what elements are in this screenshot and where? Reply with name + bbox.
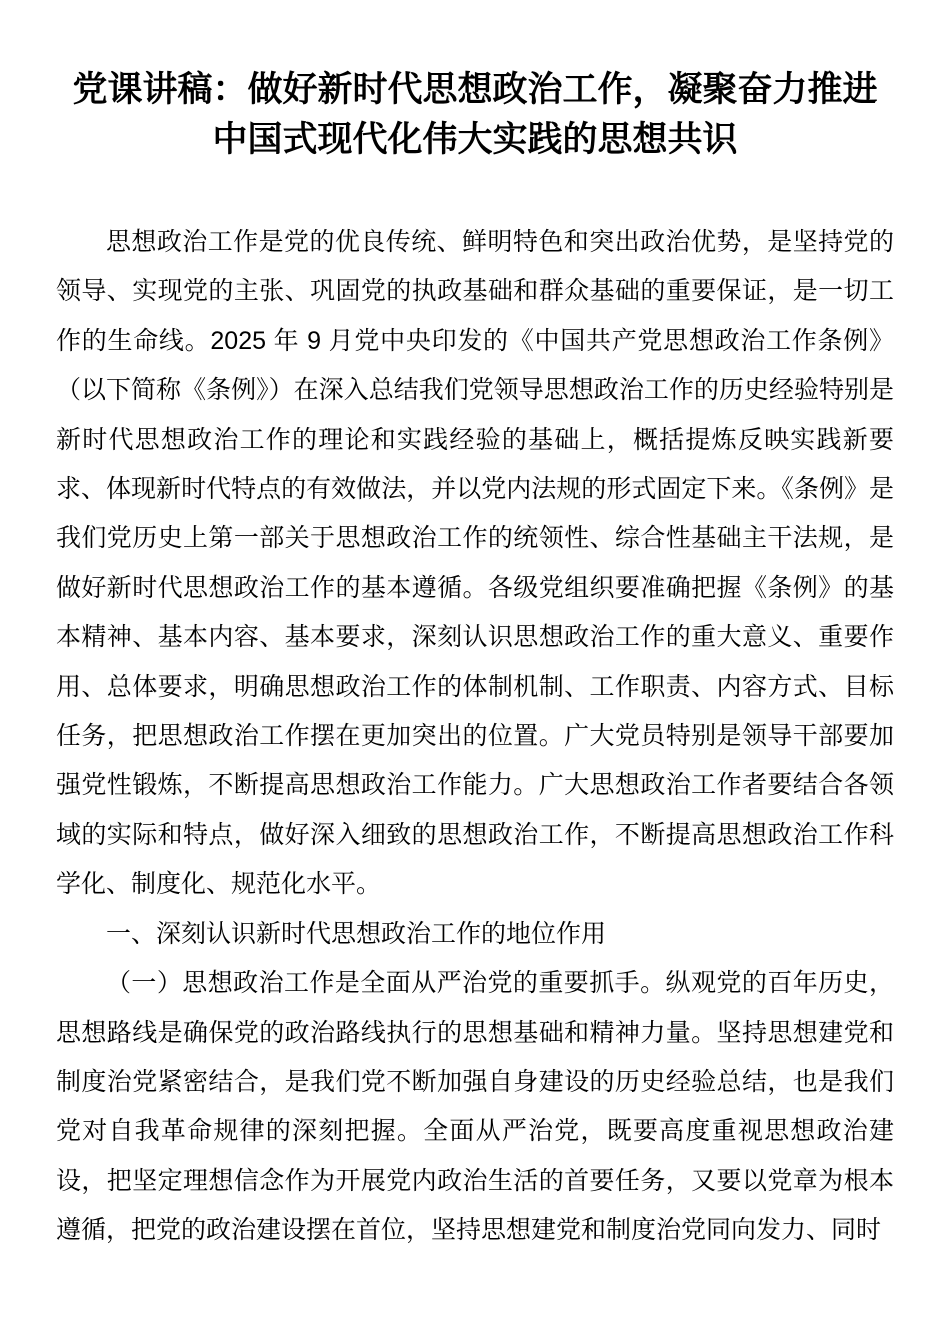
body-paragraph: （一）思想政治工作是全面从严治党的重要抓手。纵观党的百年历史，思想路线是确保党的…	[56, 959, 894, 1255]
section-heading: 一、深刻认识新时代思想政治工作的地位作用	[56, 910, 894, 959]
document-page: 党课讲稿：做好新时代思想政治工作，凝聚奋力推进中国式现代化伟大实践的思想共识 思…	[0, 0, 950, 1344]
body-paragraph: 思想政治工作是党的优良传统、鲜明特色和突出政治优势，是坚持党的领导、实现党的主张…	[56, 218, 894, 910]
document-title: 党课讲稿：做好新时代思想政治工作，凝聚奋力推进中国式现代化伟大实践的思想共识	[65, 65, 885, 165]
document-body: 思想政治工作是党的优良传统、鲜明特色和突出政治优势，是坚持党的领导、实现党的主张…	[56, 218, 894, 1256]
